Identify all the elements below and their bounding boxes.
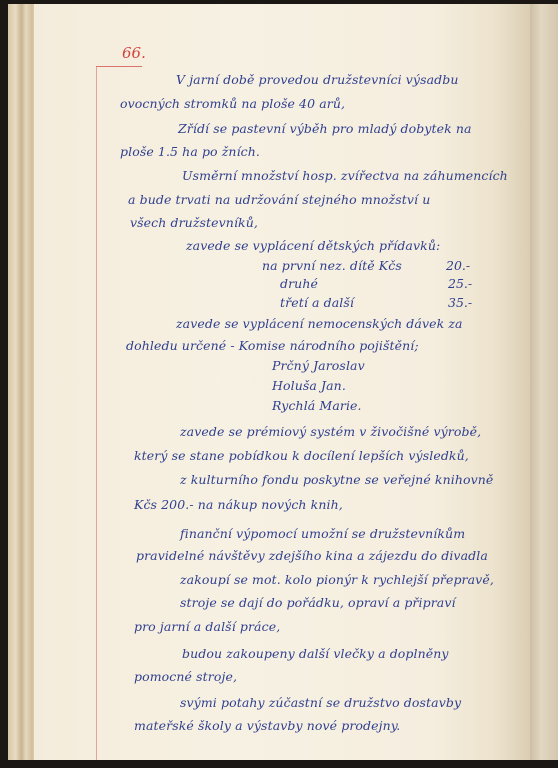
commission-member: Rychlá Marie. — [272, 398, 362, 413]
text-line: zavede se prémiový systém v živočišné vý… — [180, 424, 481, 439]
text-line: ploše 1.5 ha po žních. — [120, 144, 260, 159]
allowance-label: třetí a další — [280, 295, 354, 310]
allowance-amount: 20.- — [446, 258, 470, 273]
text-line: který se stane pobídkou k docílení lepší… — [134, 448, 469, 463]
text-line: budou zakoupeny další vlečky a doplněny — [182, 646, 449, 661]
text-line: stroje se dají do pořádku, opraví a přip… — [180, 595, 456, 610]
text-line: mateřské školy a výstavby nové prodejny. — [134, 718, 400, 733]
header-rule — [96, 66, 142, 67]
text-line: zavede se vyplácení nemocenských dávek z… — [176, 316, 463, 331]
allowance-label: na první nez. dítě Kčs — [262, 258, 402, 273]
margin-line — [96, 66, 97, 760]
commission-member: Prčný Jaroslav — [272, 358, 365, 373]
text-line: ovocných stromků na ploše 40 arů, — [120, 96, 345, 111]
text-line: pomocné stroje, — [134, 669, 237, 684]
text-line: zakoupí se mot. kolo pionýr k rychlejší … — [180, 572, 494, 587]
text-line: a bude trvati na udržování stejného množ… — [128, 192, 430, 207]
text-line: dohledu určené - Komise národního pojišt… — [126, 338, 419, 353]
commission-member: Holuša Jan. — [272, 378, 346, 393]
text-line: pro jarní a další práce, — [134, 619, 280, 634]
text-line: všech družstevníků, — [130, 215, 258, 230]
allowance-amount: 25.- — [448, 276, 472, 291]
text-line: finanční výpomocí umožní se družstevníků… — [180, 526, 465, 541]
text-line: pravidelné návštěvy zdejšího kina a záje… — [136, 548, 488, 563]
text-line: V jarní době provedou družstevníci výsad… — [176, 72, 459, 87]
text-line: zavede se vyplácení dětských přídavků: — [186, 238, 440, 253]
text-line: Kčs 200.- na nákup nových knih, — [134, 497, 343, 512]
allowance-label: druhé — [280, 276, 318, 291]
text-line: z kulturního fondu poskytne se veřejné k… — [180, 472, 493, 487]
text-line: svými potahy zúčastní se družstvo dostav… — [180, 695, 461, 710]
text-line: Usměrní množství hosp. zvířectva na záhu… — [182, 168, 508, 183]
allowance-amount: 35.- — [448, 295, 472, 310]
page-number: 66. — [122, 44, 146, 62]
text-line: Zřídí se pastevní výběh pro mladý dobyte… — [178, 121, 472, 136]
facing-page-edge — [530, 4, 558, 760]
